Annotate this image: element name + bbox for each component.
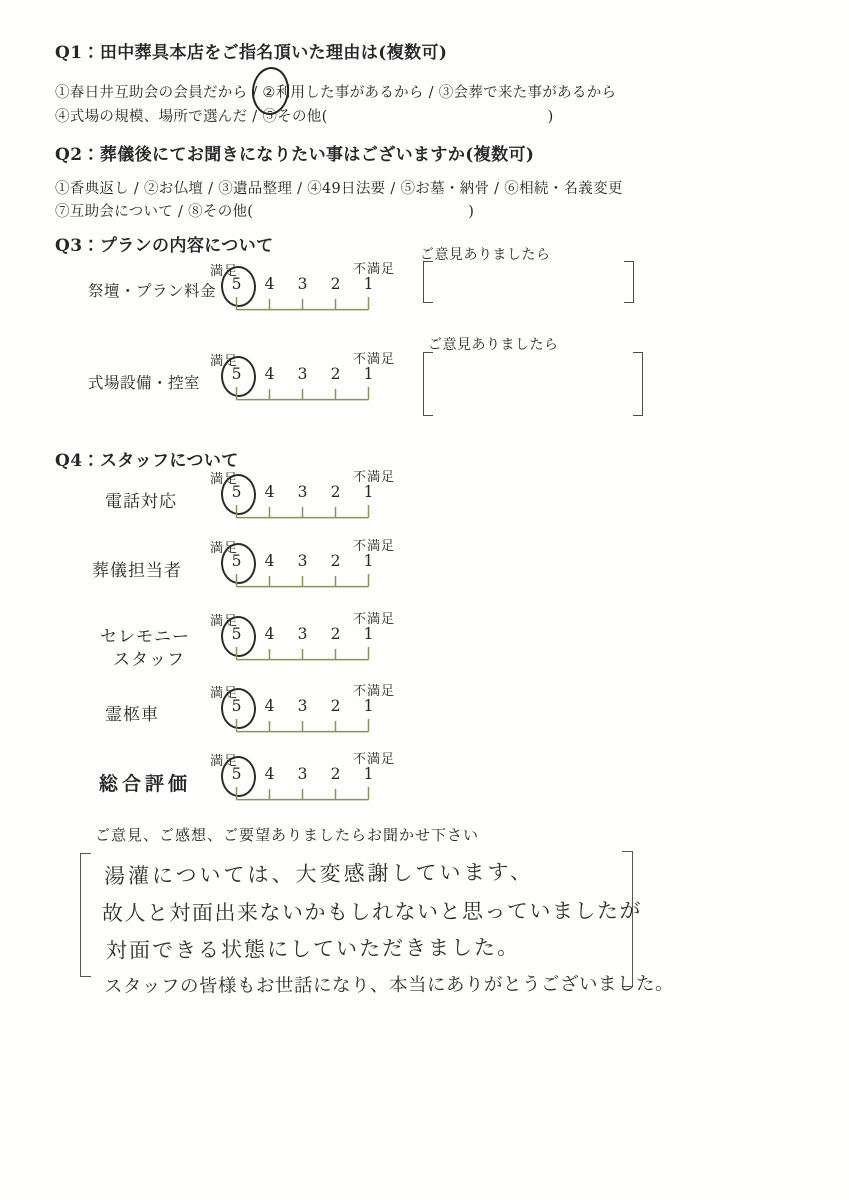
scale-ruler	[220, 296, 386, 312]
scale-value-2: 2	[319, 552, 352, 570]
q4-row-hearse-label: 霊柩車	[105, 700, 159, 725]
q1-close-paren: )	[548, 109, 554, 125]
scale-ruler	[220, 786, 386, 802]
scale-ruler	[220, 504, 386, 520]
q1-title: Q1：田中葬具本店をご指名頂いた理由は(複数可)	[55, 38, 447, 63]
scale-value-1: 1	[352, 765, 385, 783]
q2-option-7-8: ⑦互助会について / ⑧その他(	[55, 204, 253, 220]
q1-options-rest: 利用した事があるから / ③会葬で来た事があるから	[276, 85, 617, 101]
scale-ruler	[220, 573, 386, 589]
q3-row1-comment-box	[423, 261, 634, 303]
scale-value-4: 4	[253, 365, 286, 383]
q4-row-overall-evaluation-label: 総合評価	[99, 769, 191, 796]
q1-option-1-and-sep: ①春日井互助会の会員だから /	[55, 85, 262, 101]
scale-value-1: 1	[352, 275, 385, 293]
rating-scale-altar-plan-fee: 満足 不満足 5 4 3 2 1	[210, 260, 410, 316]
scale-value-1: 1	[352, 483, 385, 501]
q4-row-funeral-director-label: 葬儀担当者	[92, 556, 182, 581]
scale-value-2: 2	[319, 365, 352, 383]
q2-options-line1: ①香典返し / ②お仏壇 / ③遺品整理 / ④49日法要 / ⑤お墓・納骨 /…	[55, 177, 623, 198]
rating-scale-overall-evaluation: 満足 不満足 5 4 3 2 1	[210, 750, 410, 806]
scale-value-1: 1	[352, 552, 385, 570]
q4-row-ceremony-staff-label-line1: セレモニー	[100, 622, 190, 647]
scale-value-2: 2	[319, 625, 352, 643]
q3-row-hall-facilities-label: 式場設備・控室	[88, 371, 200, 393]
scale-value-2: 2	[319, 765, 352, 783]
q2-options-line2: ⑦互助会について / ⑧その他()	[55, 200, 474, 221]
scale-value-4: 4	[253, 552, 286, 570]
scale-ruler	[220, 386, 386, 402]
handwritten-comment-line-4: スタッフの皆様もお世話になり、本当にありがとうございました。	[104, 970, 674, 999]
q1-option-4-5: ④式場の規模、場所で選んだ / ⑤その他(	[55, 109, 328, 125]
scale-value-3: 3	[286, 625, 319, 643]
scale-value-3: 3	[286, 365, 319, 383]
comment-left-bracket	[80, 853, 91, 977]
scale-value-4: 4	[253, 625, 286, 643]
scale-value-1: 1	[352, 365, 385, 383]
rating-scale-hall-facilities: 満足 不満足 5 4 3 2 1	[210, 350, 410, 406]
q1-options-line1: ①春日井互助会の会員だから / ②利用した事があるから / ③会葬で来た事がある…	[55, 81, 616, 102]
q1-circled-option-2-mark: ②	[262, 85, 275, 101]
scanned-questionnaire-page: Q1：田中葬具本店をご指名頂いた理由は(複数可) ①春日井互助会の会員だから /…	[0, 0, 849, 1200]
scale-value-3: 3	[286, 697, 319, 715]
handwritten-comment-line-2: 故人と対面出来ないかもしれないと思っていましたが	[102, 895, 642, 928]
scale-value-4: 4	[253, 275, 286, 293]
scale-ruler	[220, 718, 386, 734]
q3-row-altar-plan-fee-label: 祭壇・プラン料金	[88, 279, 216, 301]
q3-row2-comment-box	[423, 352, 643, 416]
rating-scale-funeral-director: 満足 不満足 5 4 3 2 1	[210, 537, 410, 593]
scale-value-3: 3	[286, 552, 319, 570]
scale-ruler	[220, 646, 386, 662]
scale-value-1: 1	[352, 697, 385, 715]
scale-value-3: 3	[286, 483, 319, 501]
rating-scale-hearse: 満足 不満足 5 4 3 2 1	[210, 682, 410, 738]
scale-value-4: 4	[253, 765, 286, 783]
q1-options-line2: ④式場の規模、場所で選んだ / ⑤その他()	[55, 105, 554, 126]
handwritten-comment-line-3: 対面できる状態にしていただきました。	[106, 931, 520, 965]
rating-scale-phone-response: 満足 不満足 5 4 3 2 1	[210, 468, 410, 524]
scale-value-2: 2	[319, 483, 352, 501]
q4-row-ceremony-staff-label-line2: スタッフ	[113, 645, 185, 670]
comments-header: ご意見、ご感想、ご要望ありましたらお聞かせ下さい	[95, 824, 479, 845]
q3-title: Q3：プランの内容について	[55, 231, 274, 256]
scale-value-3: 3	[286, 765, 319, 783]
rating-scale-ceremony-staff: 満足 不満足 5 4 3 2 1	[210, 610, 410, 666]
handwritten-comment-line-1: 湯灌については、大変感謝しています、	[104, 856, 534, 891]
q2-title: Q2：葬儀後にてお聞きになりたい事はございますか(複数可)	[55, 140, 534, 165]
q4-row-phone-response-label: 電話対応	[105, 487, 177, 512]
scale-value-4: 4	[253, 483, 286, 501]
scale-value-2: 2	[319, 275, 352, 293]
q2-close-paren: )	[468, 204, 474, 220]
scale-value-1: 1	[352, 625, 385, 643]
q3-row2-comment-label: ご意見ありましたら	[428, 334, 559, 354]
scale-value-4: 4	[253, 697, 286, 715]
scale-value-2: 2	[319, 697, 352, 715]
scale-value-3: 3	[286, 275, 319, 293]
